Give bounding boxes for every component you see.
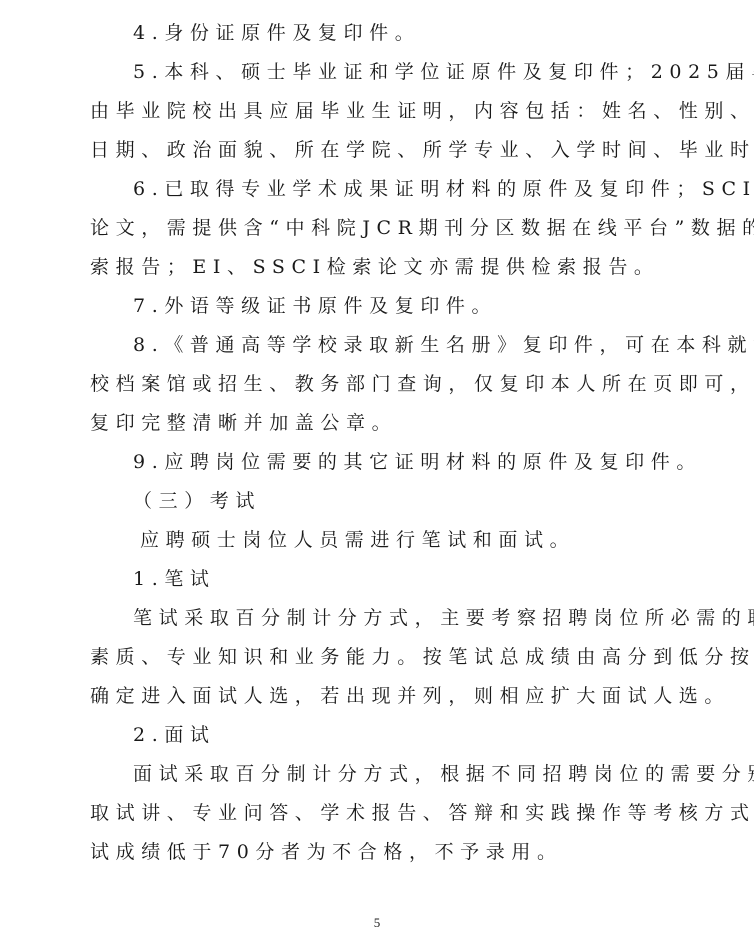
list-item-enrollment-roster: 8.《普通高等学校录取新生名册》复印件，可在本科就读学 <box>133 330 713 360</box>
page-number: 5 <box>0 915 754 931</box>
list-item-diplomas: 5.本科、硕士毕业证和学位证原件及复印件；2025届毕业生 <box>133 57 713 87</box>
section-heading-exam: （三）考试 <box>133 486 713 516</box>
paragraph-line: 取试讲、专业问答、学术报告、答辩和实践操作等考核方式。面 <box>90 798 670 828</box>
paragraph-line: 试成绩低于70分者为不合格，不予录用。 <box>90 837 670 867</box>
paragraph-line: 面试采取百分制计分方式，根据不同招聘岗位的需要分别采 <box>133 759 713 789</box>
paragraph-line: 日期、政治面貌、所在学院、所学专业、入学时间、毕业时间。 <box>90 135 670 165</box>
paragraph-line: 笔试采取百分制计分方式，主要考察招聘岗位所必需的职业 <box>133 603 713 633</box>
subheading-written-exam: 1.笔试 <box>133 564 713 594</box>
paragraph-line: 索报告；EI、SSCI检索论文亦需提供检索报告。 <box>90 252 670 282</box>
list-item-language-certificate: 7.外语等级证书原件及复印件。 <box>133 291 713 321</box>
paragraph-line: 确定进入面试人选，若出现并列，则相应扩大面试人选。 <box>90 681 670 711</box>
document-page: 4.身份证原件及复印件。 5.本科、硕士毕业证和学位证原件及复印件；2025届毕… <box>0 0 754 947</box>
list-item-other-materials: 9.应聘岗位需要的其它证明材料的原件及复印件。 <box>133 447 713 477</box>
paragraph-line: 校档案馆或招生、教务部门查询，仅复印本人所在页即可，必须 <box>90 369 670 399</box>
paragraph-line: 应聘硕士岗位人员需进行笔试和面试。 <box>140 525 720 555</box>
paragraph-line: 由毕业院校出具应届毕业生证明，内容包括：姓名、性别、出生 <box>90 96 670 126</box>
list-item-id-card: 4.身份证原件及复印件。 <box>133 18 713 48</box>
list-item-academic-achievements: 6.已取得专业学术成果证明材料的原件及复印件；SCI检索 <box>133 174 713 204</box>
paragraph-line: 论文，需提供含“中科院JCR期刊分区数据在线平台”数据的检 <box>90 213 670 243</box>
subheading-interview: 2.面试 <box>133 720 713 750</box>
paragraph-line: 素质、专业知识和业务能力。按笔试总成绩由高分到低分按1：3 <box>90 642 670 672</box>
paragraph-line: 复印完整清晰并加盖公章。 <box>90 408 670 438</box>
